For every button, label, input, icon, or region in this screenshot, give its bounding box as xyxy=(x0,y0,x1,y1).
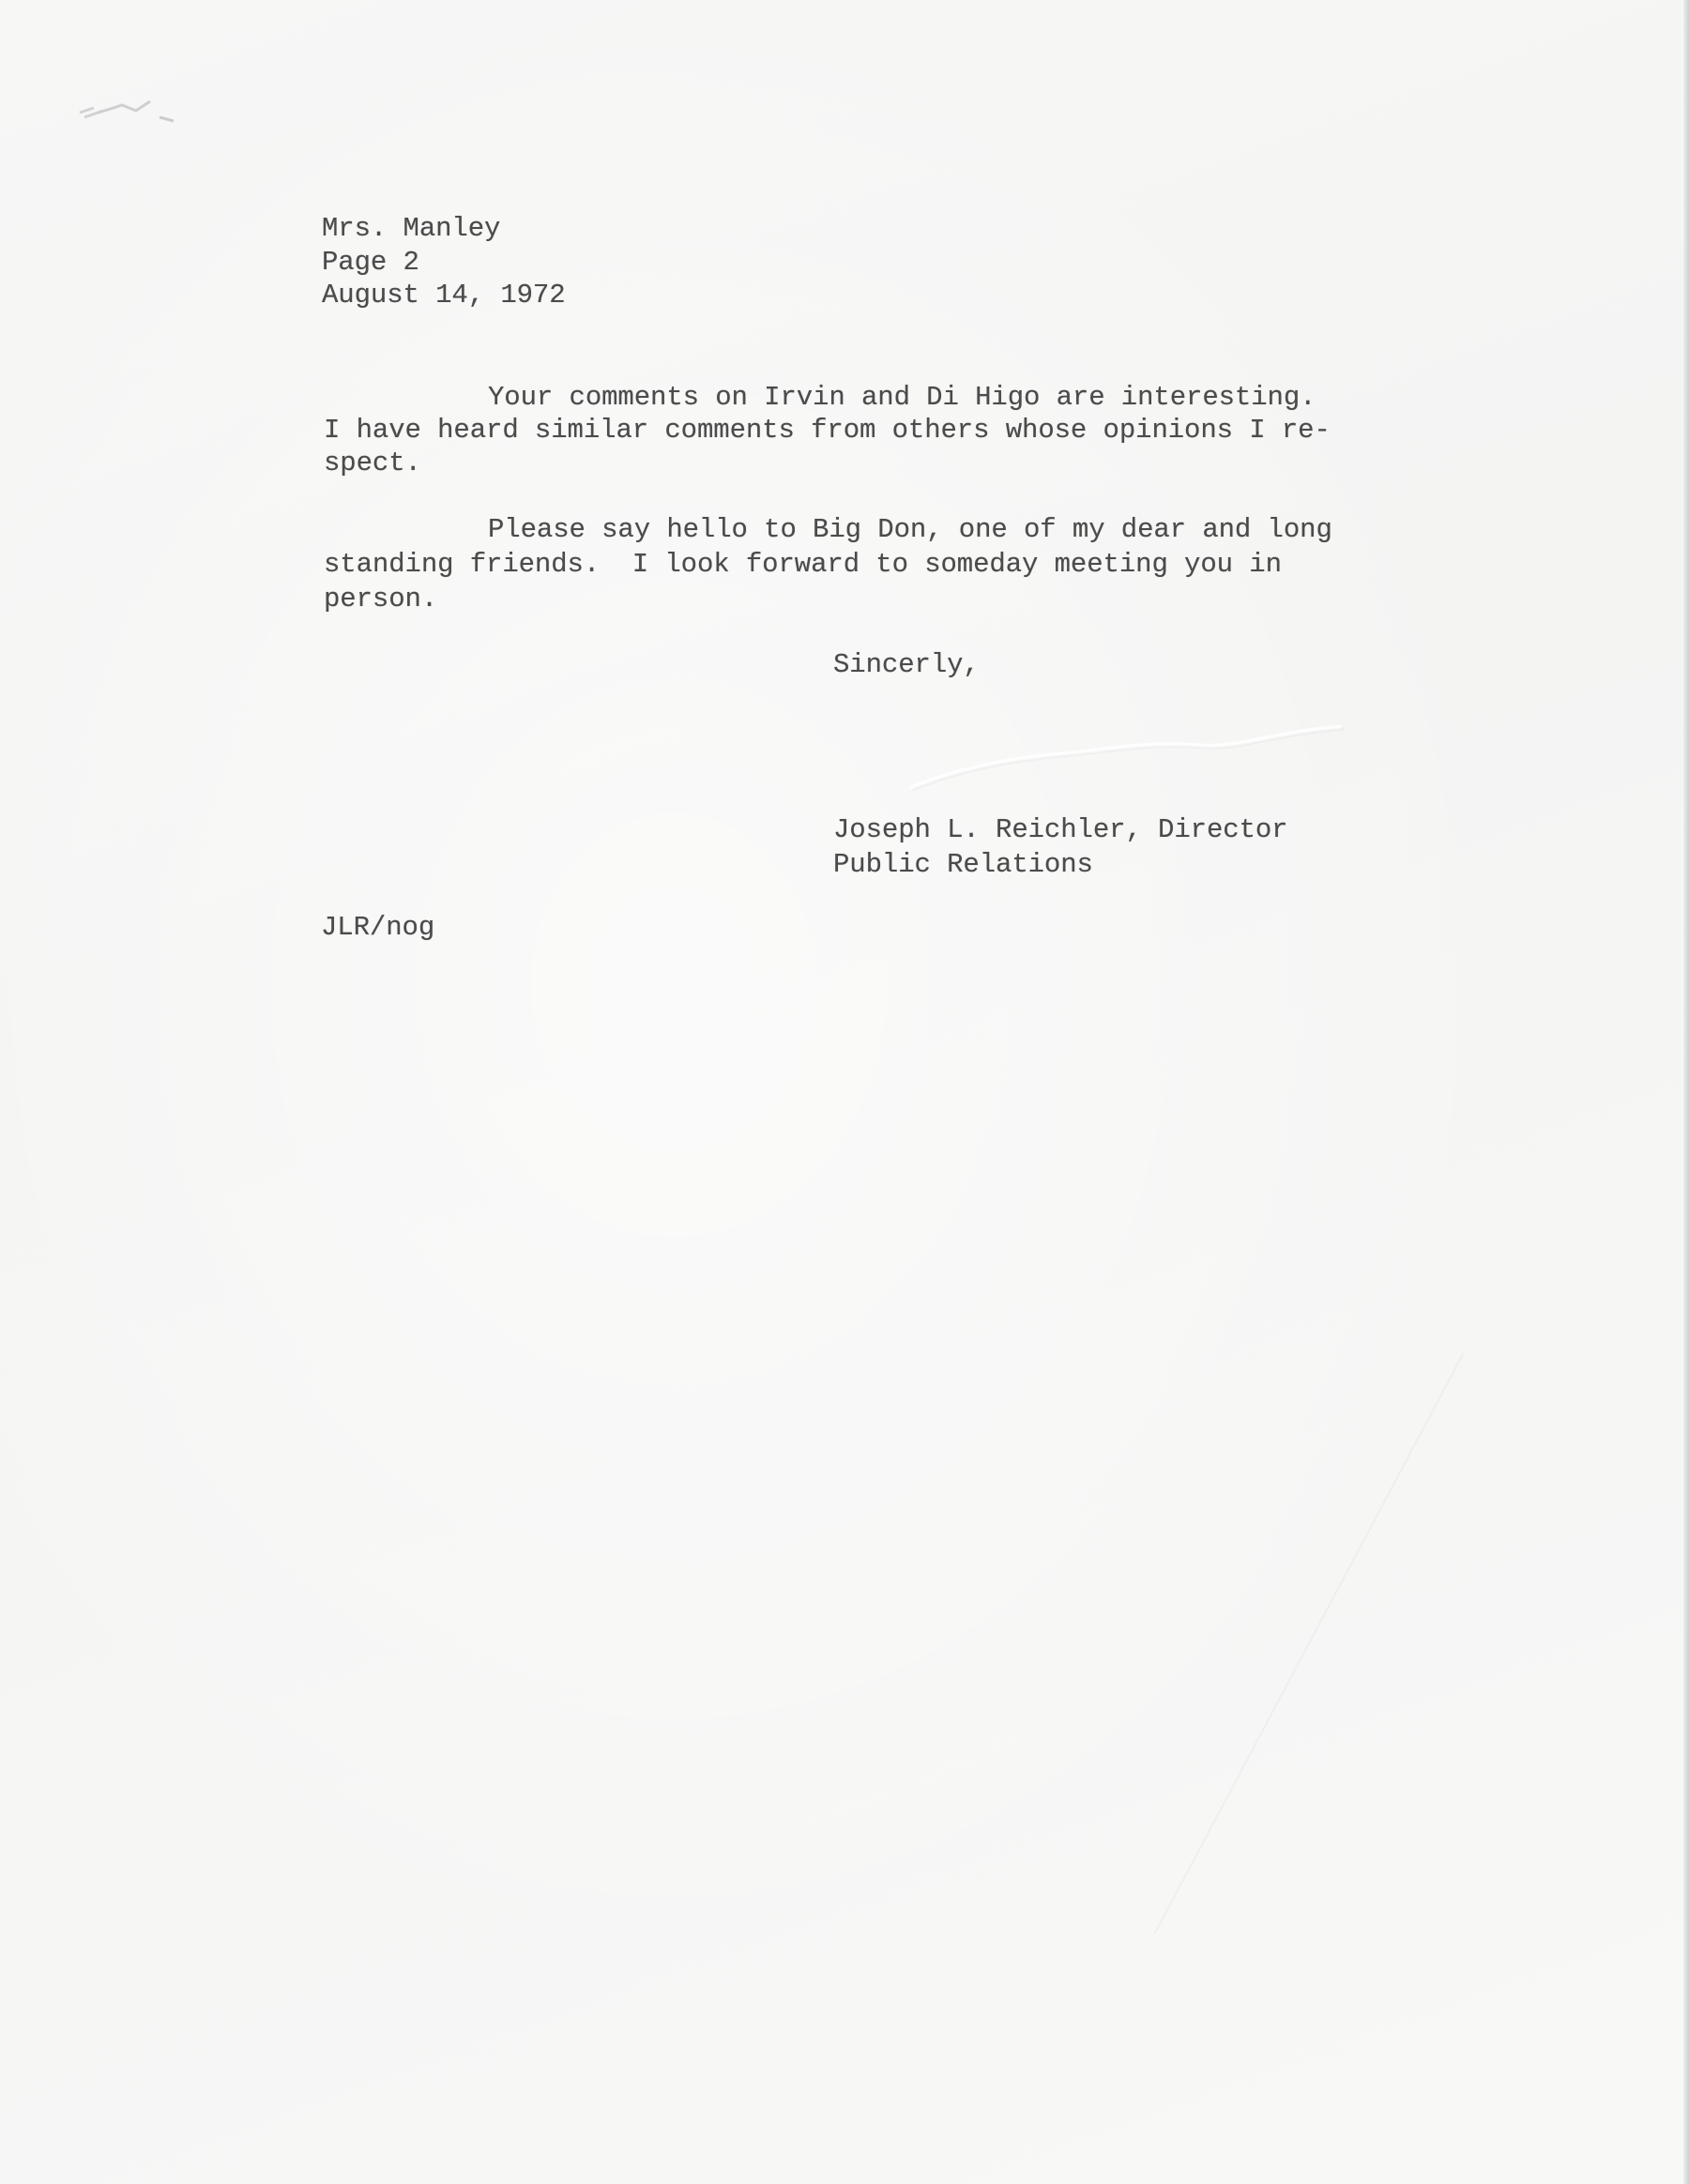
paper-crease xyxy=(1154,1353,1464,1934)
paper-edge xyxy=(1683,0,1689,2184)
reference-initials: JLR/nog xyxy=(321,914,434,942)
paragraph-line: person. xyxy=(324,585,437,614)
signature-impression xyxy=(901,713,1351,797)
paragraph-line: Please say hello to Big Don, one of my d… xyxy=(488,516,1332,544)
signer-department: Public Relations xyxy=(833,851,1093,879)
closing: Sincerly, xyxy=(833,651,980,679)
staple-mark-icon xyxy=(38,56,188,141)
page-number-line: Page 2 xyxy=(322,249,419,277)
letter-page: Mrs. Manley Page 2 August 14, 1972 Your … xyxy=(0,0,1683,2184)
paragraph-line: standing friends. I look forward to some… xyxy=(324,551,1282,579)
recipient-line: Mrs. Manley xyxy=(322,215,500,243)
signer-name-title: Joseph L. Reichler, Director xyxy=(833,816,1287,844)
paragraph-line: spect. xyxy=(324,449,421,478)
paragraph-line: I have heard similar comments from other… xyxy=(324,417,1331,445)
paragraph-line: Your comments on Irvin and Di Higo are i… xyxy=(488,384,1316,412)
date-line: August 14, 1972 xyxy=(322,281,566,310)
